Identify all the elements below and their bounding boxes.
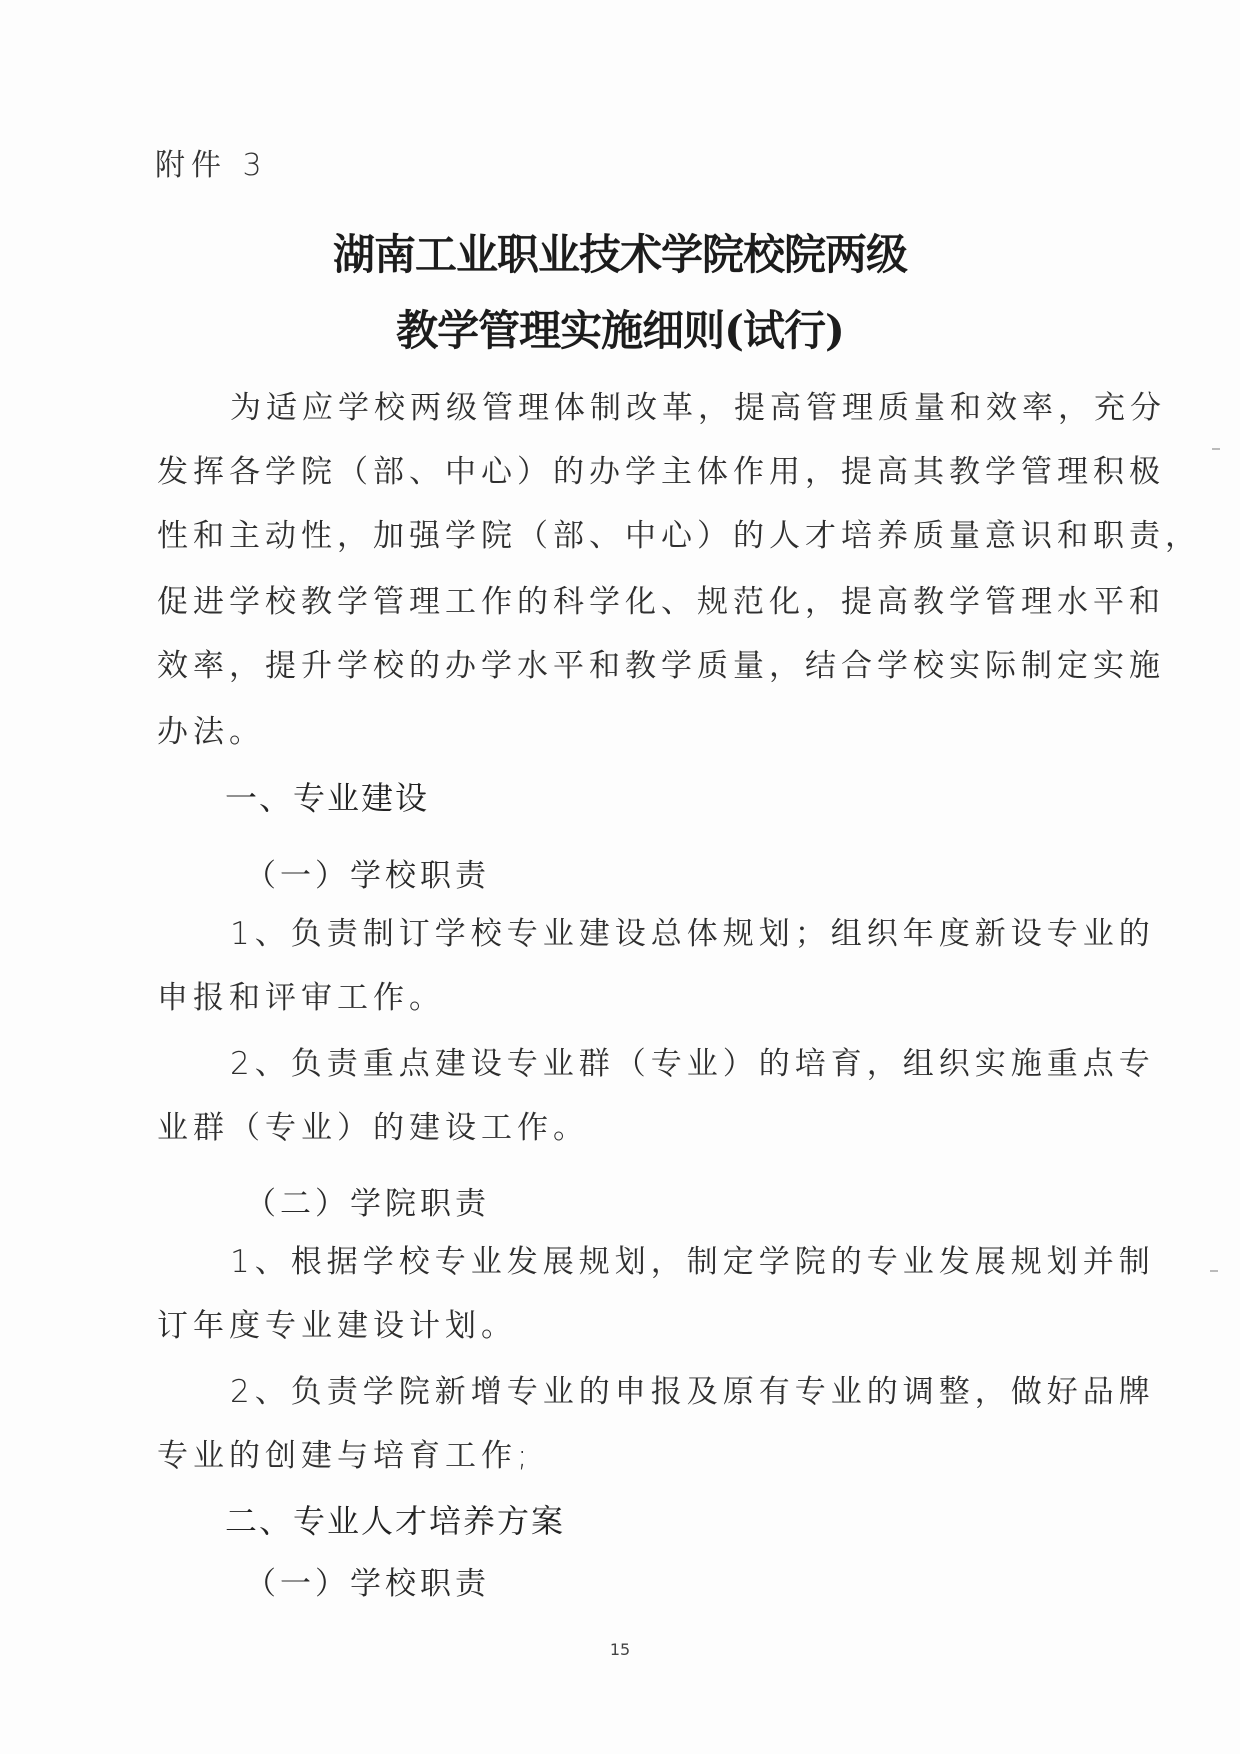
subsection-heading-college: （二）学院职责 (245, 1178, 490, 1223)
list-item-line: 2、负责学院新增专业的申报及原有专业的调整，做好品牌 (230, 1366, 1155, 1411)
list-item-line: 1、负责制订学校专业建设总体规划；组织年度新设专业的 (230, 908, 1155, 953)
scan-speck (1212, 448, 1220, 450)
list-item-line: 申报和评审工作。 (157, 972, 445, 1017)
section-heading-1: 一、专业建设 (225, 773, 429, 819)
list-item-line: 业群（专业）的建设工作。 (157, 1102, 589, 1147)
scan-speck (1210, 1270, 1218, 1272)
list-item-line: 订年度专业建设计划。 (157, 1300, 517, 1345)
intro-line: 办法。 (157, 706, 265, 751)
document-title-line-1: 湖南工业职业技术学院校院两级 (0, 222, 1240, 282)
section-heading-2: 二、专业人才培养方案 (225, 1496, 565, 1542)
intro-line: 效率，提升学校的办学水平和教学质量，结合学校实际制定实施 (157, 640, 1165, 685)
subsection-heading-school: （一）学校职责 (245, 850, 490, 895)
attachment-label: 附件 3 (155, 140, 268, 184)
subsection-heading-school-2: （一）学校职责 (245, 1558, 490, 1603)
list-item-line: 专业的创建与培育工作; (157, 1430, 532, 1475)
document-title-line-2: 教学管理实施细则(试行) (0, 298, 1240, 358)
list-item-line: 1、根据学校专业发展规划，制定学院的专业发展规划并制 (230, 1236, 1155, 1281)
intro-line: 促进学校教学管理工作的科学化、规范化，提高教学管理水平和 (157, 576, 1165, 621)
intro-line: 性和主动性，加强学院（部、中心）的人才培养质量意识和职责， (157, 510, 1201, 555)
intro-line: 为适应学校两级管理体制改革，提高管理质量和效率，充分 (230, 382, 1166, 427)
intro-line: 发挥各学院（部、中心）的办学主体作用，提高其教学管理积极 (157, 446, 1165, 491)
list-item-line: 2、负责重点建设专业群（专业）的培育，组织实施重点专 (230, 1038, 1155, 1083)
page-number: 15 (0, 1640, 1240, 1659)
